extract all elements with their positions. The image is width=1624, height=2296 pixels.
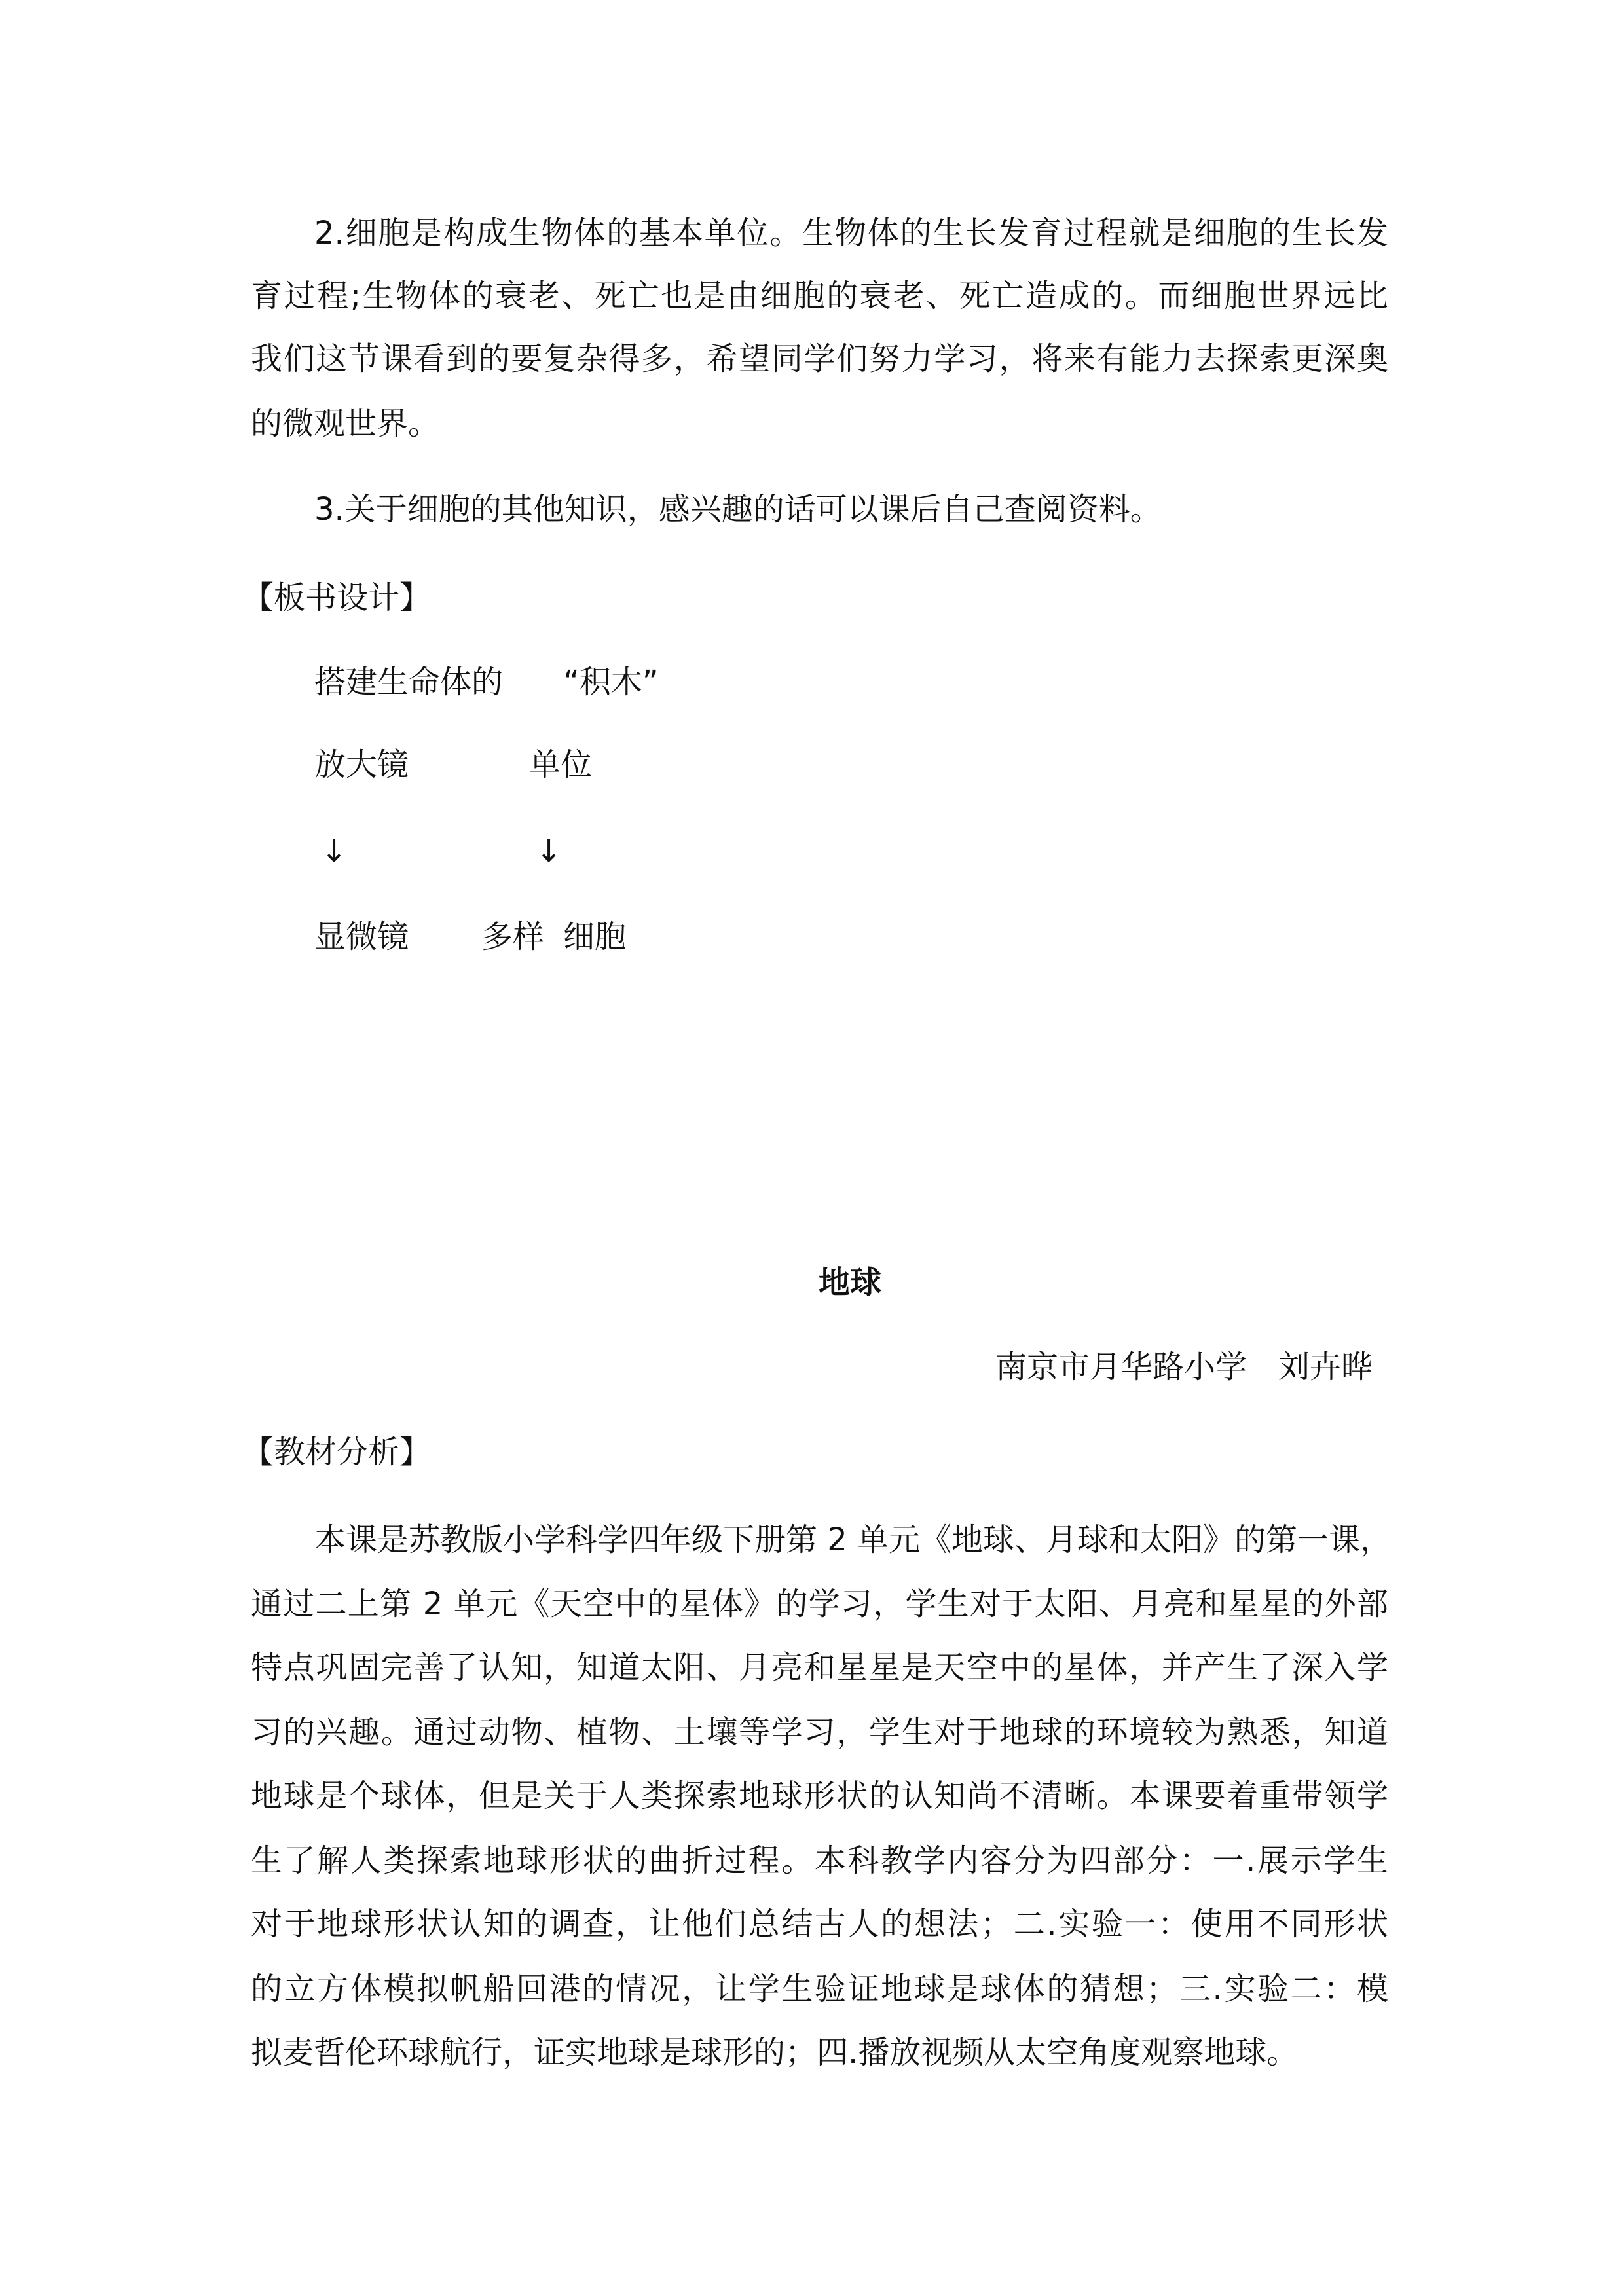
lesson-title: 地球 — [819, 1263, 881, 1302]
paragraph-point3: 3.关于细胞的其他知识，感兴趣的话可以课后自己查阅资料。 — [314, 490, 1162, 529]
board-title-right: “积木” — [563, 663, 659, 702]
paragraph-line: 的立方体模拟帆船回港的情况，让学生验证地球是球体的猜想；三.实验二：模 — [251, 1969, 1388, 2009]
board-row1-left: 放大镜 — [314, 745, 409, 784]
paragraph-line: 对于地球形状认知的调查，让他们总结古人的想法；二.实验一：使用不同形状 — [251, 1904, 1388, 1944]
paragraph-line: 习的兴趣。通过动物、植物、土壤等学习，学生对于地球的环境较为熟悉，知道 — [251, 1713, 1388, 1752]
paragraph-line: 生了解人类探索地球形状的曲折过程。本科教学内容分为四部分：一.展示学生 — [251, 1841, 1388, 1880]
board-row2-mid: 多样 — [481, 917, 544, 957]
paragraph-line: 2.细胞是构成生物体的基本单位。生物体的生长发育过程就是细胞的生长发 — [314, 213, 1388, 253]
paragraph-line: 通过二上第 2 单元《天空中的星体》的学习，学生对于太阳、月亮和星星的外部 — [251, 1584, 1388, 1624]
paragraph-line: 我们这节课看到的要复杂得多，希望同学们努力学习，将来有能力去探索更深奥 — [251, 339, 1388, 378]
arrow-down-icon: ↓ — [321, 831, 347, 871]
paragraph-line: 本课是苏教版小学科学四年级下册第 2 单元《地球、月球和太阳》的第一课， — [314, 1520, 1388, 1559]
paragraph-line: 育过程;生物体的衰老、死亡也是由细胞的衰老、死亡造成的。而细胞世界远比 — [251, 276, 1388, 316]
board-title-left: 搭建生命体的 — [314, 663, 503, 702]
board-row2-left: 显微镜 — [314, 917, 409, 957]
paragraph-line: 特点巩固完善了认知，知道太阳、月亮和星星是天空中的星体，并产生了深入学 — [251, 1648, 1388, 1687]
paragraph-line: 的微观世界。 — [251, 404, 439, 443]
paragraph-line: 地球是个球体，但是关于人类探索地球形状的认知尚不清晰。本课要着重带领学 — [251, 1776, 1388, 1815]
arrow-down-icon: ↓ — [536, 831, 562, 871]
lesson-author: 南京市月华路小学 刘卉晔 — [995, 1347, 1373, 1387]
board-row2-right: 细胞 — [563, 917, 626, 957]
board-row1-right: 单位 — [529, 745, 592, 784]
paragraph-line: 拟麦哲伦环球航行，证实地球是球形的；四.播放视频从太空角度观察地球。 — [251, 2033, 1298, 2072]
analysis-heading: 【教材分析】 — [242, 1432, 431, 1472]
board-design-heading: 【板书设计】 — [242, 578, 431, 617]
